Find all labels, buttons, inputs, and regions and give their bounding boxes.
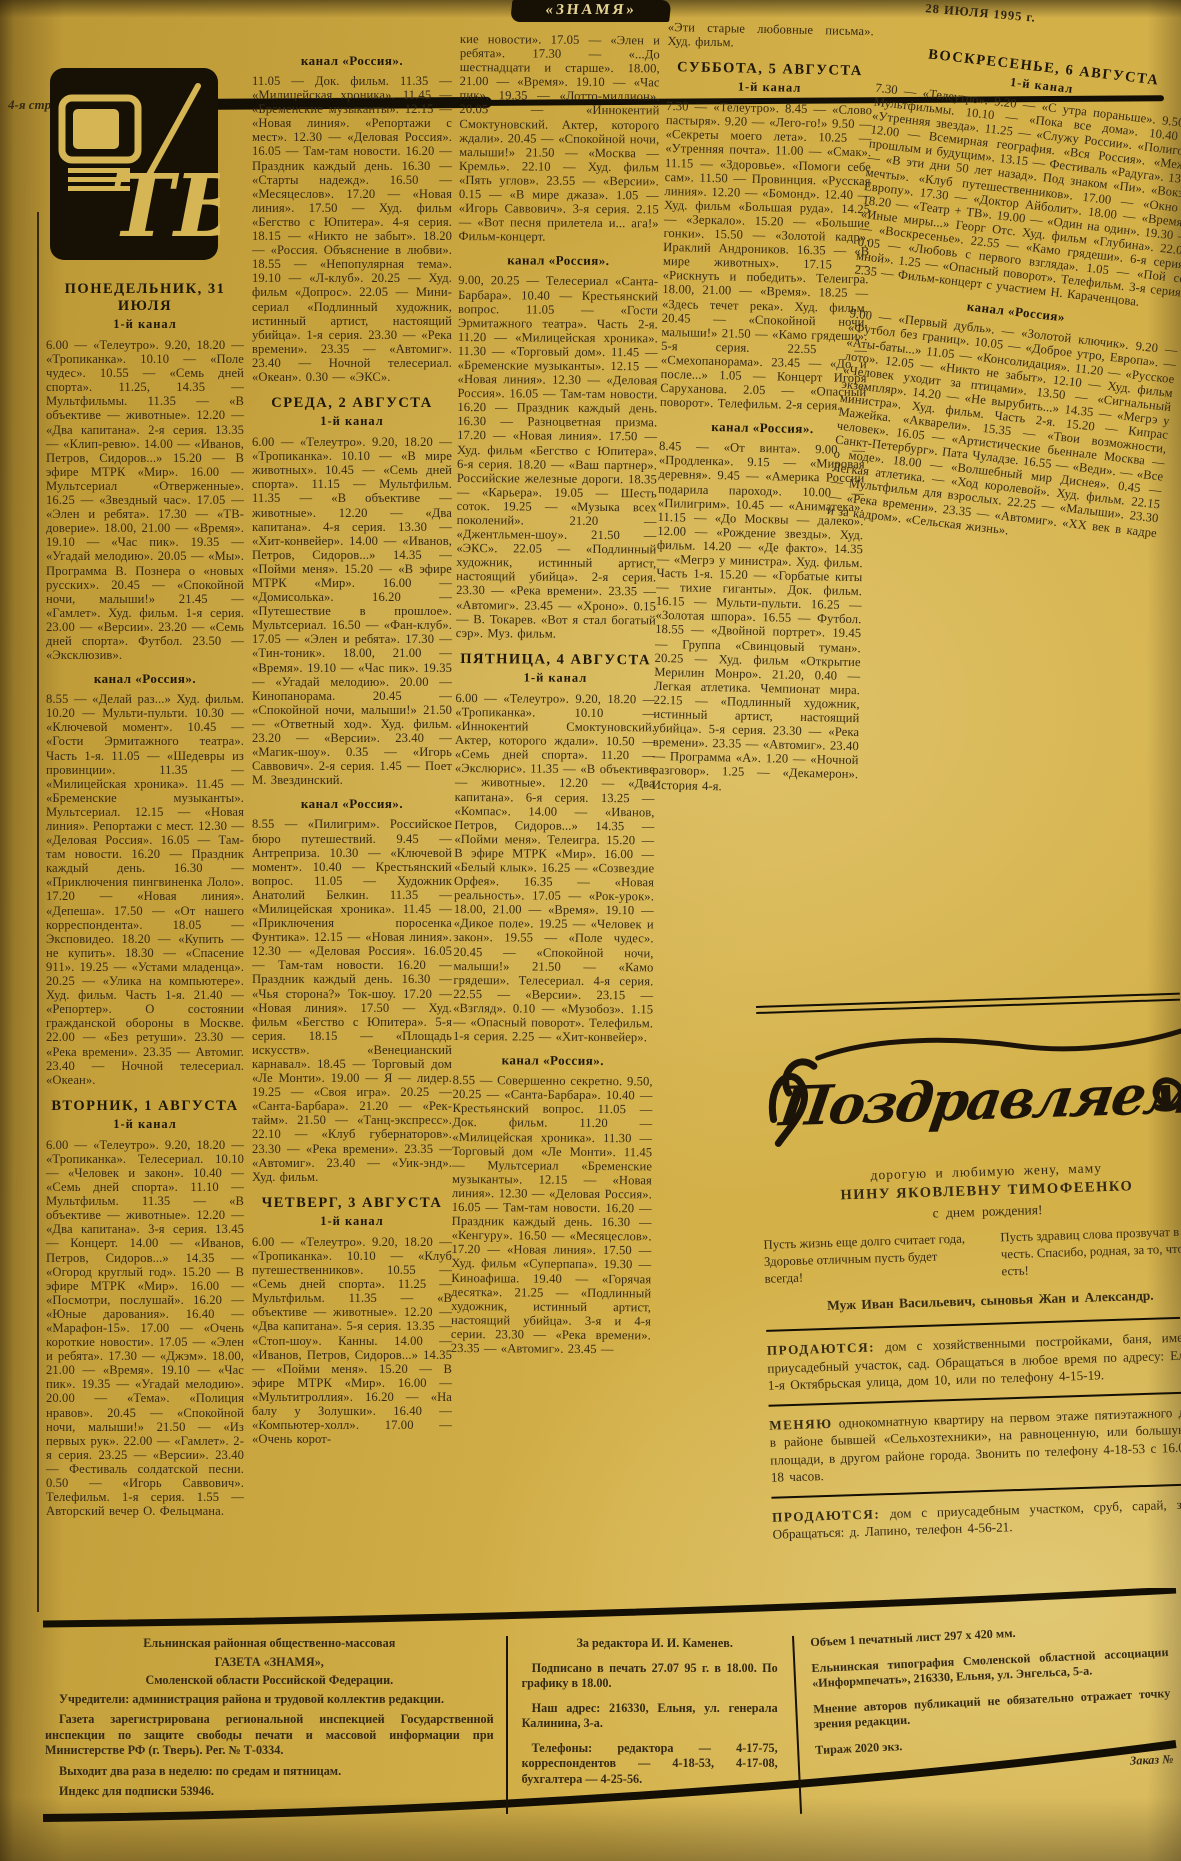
footer-line: Наш адрес: 216330, Ельня, ул. генерала К… xyxy=(522,1701,778,1732)
footer-line: Смоленской области Российской Федерации. xyxy=(45,1673,494,1689)
day-heading-saturday: СУББОТА, 5 АВГУСТА 1-й канал xyxy=(666,59,873,97)
listing-thursday-ch1: 6.00 — «Телеутро». 9.20, 18.20 — «Тропик… xyxy=(252,1235,452,1446)
day-title: СРЕДА, 2 АВГУСТА xyxy=(252,395,452,412)
listing-wednesday-ch1: 6.00 — «Телеутро». 9.20, 18.20 — «Тропик… xyxy=(252,435,452,787)
greeting-verse-left: Пусть жизнь еще долго считает года, Здор… xyxy=(763,1230,977,1288)
listing-thursday-rossiya: 9.00, 20.25 — Телесериал «Санта-Барбара»… xyxy=(456,273,659,641)
column-divider-rule xyxy=(37,212,39,1612)
footer-editorial: За редактора И. И. Каменев. Подписано в … xyxy=(506,1636,792,1814)
ad-text: дом с хозяйственными постройками, баня, … xyxy=(767,1329,1181,1393)
ad-text: однокомнатную квартиру на первом этаже п… xyxy=(769,1403,1181,1484)
day-channel: 1-й канал xyxy=(252,414,452,429)
issue-date: 28 ИЮЛЯ 1995 г. xyxy=(925,1,1175,38)
listing-thursday-ch1-cont: кие новости». 17.05 — «Элен и ребята». 1… xyxy=(459,32,660,245)
footer: Ельнинская районная общественно-массовая… xyxy=(45,1636,1167,1814)
day-title: ВТОРНИК, 1 АВГУСТА xyxy=(46,1098,244,1115)
footer-line: Выходит два раза в неделю: по средам и п… xyxy=(45,1764,494,1780)
footer-line: За редактора И. И. Каменев. xyxy=(522,1636,778,1652)
listing-monday-ch1: 6.00 — «Телеутро». 9.20, 18.20 — «Тропик… xyxy=(46,338,244,662)
listing-column-3: кие новости». 17.05 — «Элен и ребята». 1… xyxy=(449,32,660,1617)
day-heading-monday: ПОНЕДЕЛЬНИК, 31 ИЮЛЯ 1-й канал xyxy=(46,281,244,332)
channel-heading-rossiya: канал «Россия». xyxy=(252,53,452,69)
day-channel: 1-й канал xyxy=(666,78,872,97)
listing-friday-rossiya: 8.55 — Совершенно секретно. 9.50, 20.25 … xyxy=(451,1073,653,1356)
newspaper-page: «ЗНАМЯ» 28 ИЮЛЯ 1995 г. 4-я стр. ТВ ПОНЕ… xyxy=(0,0,1181,1861)
listing-monday-rossiya: 8.55 — «Делай раз...» Худ. фильм. 10.20 … xyxy=(46,692,244,1087)
ad-lead: МЕНЯЮ xyxy=(769,1415,833,1432)
listing-column-2: канал «Россия». 11.05 — Док. фильм. 11.3… xyxy=(252,44,452,1618)
ad-divider-rule xyxy=(766,1317,1180,1332)
footer-print-info: Объем 1 печатный лист 297 х 420 мм. Ельн… xyxy=(792,1619,1175,1814)
listing-tuesday-rossiya: 11.05 — Док. фильм. 11.35 — «Милицейская… xyxy=(252,74,452,384)
ad-lead: ПРОДАЮТСЯ: xyxy=(772,1506,881,1524)
classified-ad-3: ПРОДАЮТСЯ: дом с приусадебным участком, … xyxy=(772,1494,1181,1543)
listing-sunday-rossiya: 9.00 — «Первый дубль». — «Золотой ключик… xyxy=(827,307,1179,554)
tv-logo-letters: ТВ xyxy=(110,156,220,257)
day-title: ПОНЕДЕЛЬНИК, 31 ИЮЛЯ xyxy=(46,281,244,315)
day-heading-thursday: ЧЕТВЕРГ, 3 АВГУСТА 1-й канал xyxy=(252,1195,452,1229)
classified-ad-1: ПРОДАЮТСЯ: дом с хозяйственными постройк… xyxy=(767,1328,1181,1394)
channel-heading-rossiya: канал «Россия». xyxy=(453,1052,653,1069)
masthead-band: «ЗНАМЯ» xyxy=(510,0,672,22)
listing-tuesday-ch1: 6.00 — «Телеутро». 9.20, 18.20 — «Тропик… xyxy=(46,1138,244,1519)
footer-line: Мнение авторов публикаций не обязательно… xyxy=(813,1685,1171,1732)
day-title: ЧЕТВЕРГ, 3 АВГУСТА xyxy=(252,1195,452,1212)
listing-friday-rossiya-cont: «Эти старые любовные письма». Худ. фильм… xyxy=(667,20,874,52)
announcements-section: Поздравляем дорогую и любимую жену, маму… xyxy=(756,992,1181,1549)
day-channel: 1-й канал xyxy=(46,317,244,332)
footer-line: Телефоны: редактора — 4-17-75, корреспон… xyxy=(522,1741,778,1788)
listing-wednesday-rossiya: 8.55 — «Пилигрим». Российское бюро путеш… xyxy=(252,817,452,1183)
greeting-script-art: Поздравляем xyxy=(757,1010,1181,1169)
channel-heading-rossiya: канал «Россия». xyxy=(46,671,244,687)
day-title: СУББОТА, 5 АВГУСТА xyxy=(667,59,873,80)
day-channel: 1-й канал xyxy=(46,1117,244,1132)
ad-divider-rule xyxy=(771,1483,1181,1498)
footer-line: Ельнинская районная общественно-массовая xyxy=(45,1636,494,1652)
day-title: ПЯТНИЦА, 4 АВГУСТА xyxy=(456,651,656,669)
classified-ad-2: МЕНЯЮ однокомнатную квартиру на первом э… xyxy=(769,1402,1181,1486)
birthday-greeting: Поздравляем дорогую и любимую жену, маму… xyxy=(757,1010,1181,1316)
listing-friday-ch1: 6.00 — «Телеутро». 9.20, 18.20 — «Тропик… xyxy=(453,691,655,1045)
footer-line: ГАЗЕТА «ЗНАМЯ», xyxy=(45,1655,494,1671)
tv-program-logo: ТВ xyxy=(48,64,244,269)
footer-imprint: Ельнинская районная общественно-массовая… xyxy=(45,1636,506,1814)
channel-heading-rossiya: канал «Россия». xyxy=(458,252,658,269)
footer-line: Индекс для подписки 53946. xyxy=(45,1784,494,1800)
listing-saturday-ch1: 7.30 — «Телеутро». 8.45 — «Слово пастыря… xyxy=(660,99,872,413)
listing-sunday-ch1: 7.30 — «Телеутро». 9.20 — «С утра порань… xyxy=(854,81,1181,314)
footer-line: Заказ № xyxy=(816,1752,1174,1784)
greeting-script-word: Поздравляем xyxy=(774,1062,1181,1139)
greeting-signature: Муж Иван Васильевич, сыновья Жан и Алекс… xyxy=(765,1286,1181,1316)
masthead-title: «ЗНАМЯ» xyxy=(510,0,672,22)
footer-line: Учредители: администрация района и трудо… xyxy=(45,1692,494,1708)
day-heading-friday: ПЯТНИЦА, 4 АВГУСТА 1-й канал xyxy=(455,651,655,686)
channel-heading-rossiya: канал «Россия». xyxy=(252,796,452,812)
footer-line: Подписано в печать 27.07 95 г. в 18.00. … xyxy=(522,1661,778,1692)
footer-line: Газета зарегистрирована региональной инс… xyxy=(45,1712,494,1759)
day-channel: 1-й канал xyxy=(455,670,655,686)
day-heading-wednesday: СРЕДА, 2 АВГУСТА 1-й канал xyxy=(252,395,452,429)
day-heading-tuesday: ВТОРНИК, 1 АВГУСТА 1-й канал xyxy=(46,1098,244,1132)
footer-line: Ельнинская типография Смоленской областн… xyxy=(811,1644,1169,1691)
channel-heading-rossiya: канал «Россия». xyxy=(659,418,865,438)
day-channel: 1-й канал xyxy=(252,1214,452,1229)
tv-logo-icon: ТВ xyxy=(48,64,220,264)
ad-divider-rule xyxy=(769,1391,1181,1406)
ad-lead: ПРОДАЮТСЯ: xyxy=(767,1339,876,1357)
listing-column-1: ТВ ПОНЕДЕЛЬНИК, 31 ИЮЛЯ 1-й канал 6.00 —… xyxy=(46,60,244,1616)
greeting-verse-right: Пусть здравиц слова прозвучат в твою чес… xyxy=(1000,1223,1181,1281)
greeting-verses: Пусть жизнь еще долго считает года, Здор… xyxy=(763,1223,1181,1288)
